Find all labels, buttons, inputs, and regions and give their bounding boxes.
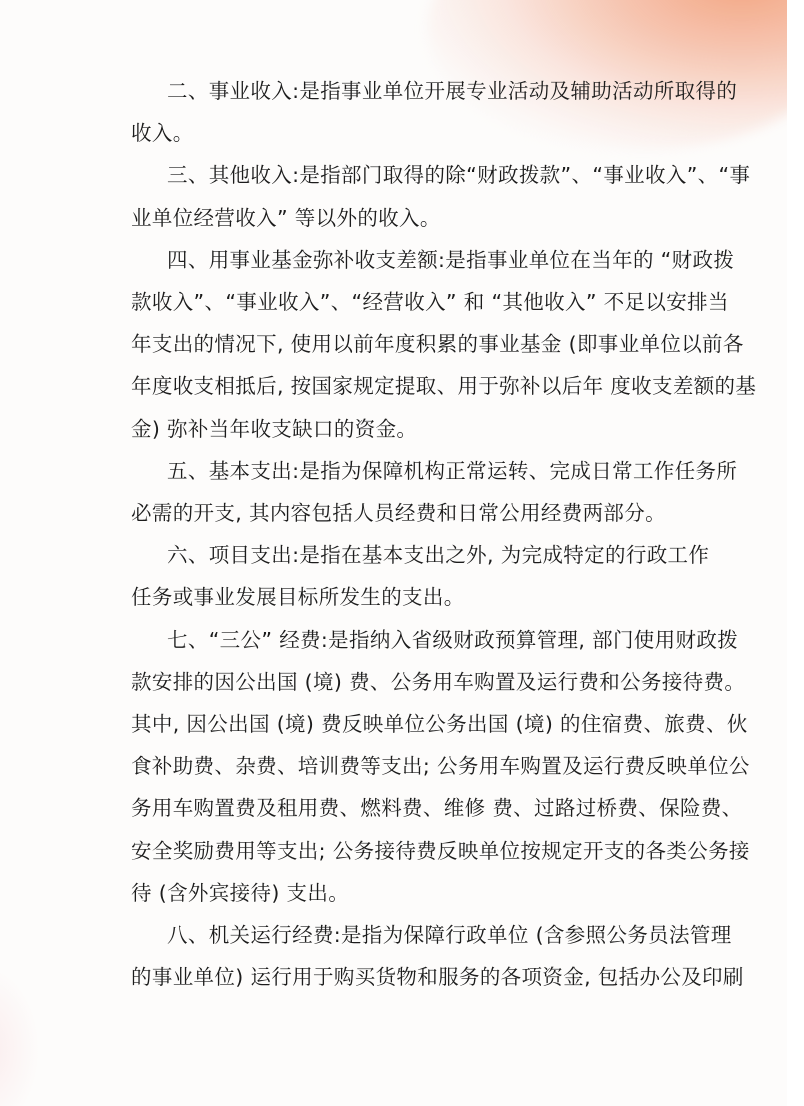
paragraph-business-income: 二、事业收入:是指事业单位开展专业活动及辅助活动所取得的 收入。 <box>131 70 679 154</box>
text-line: 必需的开支, 其内容包括人员经费和日常公用经费两部分。 <box>131 492 679 534</box>
paragraph-business-fund-offset: 四、用事业基金弥补收支差额:是指事业单位在当年的 “财政拨 款收入”、“事业收入… <box>131 239 679 450</box>
text-line: 三、其他收入:是指部门取得的除“财政拨款”、“事业收入”、“事 <box>131 154 679 196</box>
text-line: 收入。 <box>131 112 679 154</box>
paragraph-project-expenditure: 六、项目支出:是指在基本支出之外, 为完成特定的行政工作 任务或事业发展目标所发… <box>131 534 679 618</box>
text-line: 任务或事业发展目标所发生的支出。 <box>131 576 679 618</box>
text-line: 待 (含外宾接待) 支出。 <box>131 872 679 914</box>
paragraph-basic-expenditure: 五、基本支出:是指为保障机构正常运转、完成日常工作任务所 必需的开支, 其内容包… <box>131 450 679 534</box>
paragraph-other-income: 三、其他收入:是指部门取得的除“财政拨款”、“事业收入”、“事 业单位经营收入”… <box>131 154 679 238</box>
text-line: 款收入”、“事业收入”、“经营收入” 和 “其他收入” 不足以安排当 <box>131 281 679 323</box>
text-line: 二、事业收入:是指事业单位开展专业活动及辅助活动所取得的 <box>131 70 679 112</box>
text-line: 务用车购置费及租用费、燃料费、维修 费、过路过桥费、保险费、 <box>131 787 679 829</box>
document-body: 二、事业收入:是指事业单位开展专业活动及辅助活动所取得的 收入。 三、其他收入:… <box>131 70 679 998</box>
text-line: 五、基本支出:是指为保障机构正常运转、完成日常工作任务所 <box>131 450 679 492</box>
text-line: 四、用事业基金弥补收支差额:是指事业单位在当年的 “财政拨 <box>131 239 679 281</box>
text-line: 食补助费、杂费、培训费等支出; 公务用车购置及运行费反映单位公 <box>131 745 679 787</box>
text-line: 款安排的因公出国 (境) 费、公务用车购置及运行费和公务接待费。 <box>131 661 679 703</box>
text-line: 年支出的情况下, 使用以前年度积累的事业基金 (即事业单位以前各 <box>131 323 679 365</box>
text-line: 安全奖励费用等支出; 公务接待费反映单位按规定开支的各类公务接 <box>131 830 679 872</box>
text-line: 金) 弥补当年收支缺口的资金。 <box>131 408 679 450</box>
text-line: 的事业单位) 运行用于购买货物和服务的各项资金, 包括办公及印刷 <box>131 956 679 998</box>
paper-stain-bottom-left <box>0 966 40 1106</box>
paragraph-agency-operating-expenses: 八、机关运行经费:是指为保障行政单位 (含参照公务员法管理 的事业单位) 运行用… <box>131 914 679 998</box>
text-line: 其中, 因公出国 (境) 费反映单位公务出国 (境) 的住宿费、旅费、伙 <box>131 703 679 745</box>
text-line: 七、“三公” 经费:是指纳入省级财政预算管理, 部门使用财政拨 <box>131 619 679 661</box>
text-line: 八、机关运行经费:是指为保障行政单位 (含参照公务员法管理 <box>131 914 679 956</box>
scanned-page: 二、事业收入:是指事业单位开展专业活动及辅助活动所取得的 收入。 三、其他收入:… <box>0 0 787 1106</box>
paragraph-three-public-expenses: 七、“三公” 经费:是指纳入省级财政预算管理, 部门使用财政拨 款安排的因公出国… <box>131 619 679 914</box>
text-line: 六、项目支出:是指在基本支出之外, 为完成特定的行政工作 <box>131 534 679 576</box>
text-line: 业单位经营收入” 等以外的收入。 <box>131 197 679 239</box>
text-line: 年度收支相抵后, 按国家规定提取、用于弥补以后年 度收支差额的基 <box>131 365 679 407</box>
